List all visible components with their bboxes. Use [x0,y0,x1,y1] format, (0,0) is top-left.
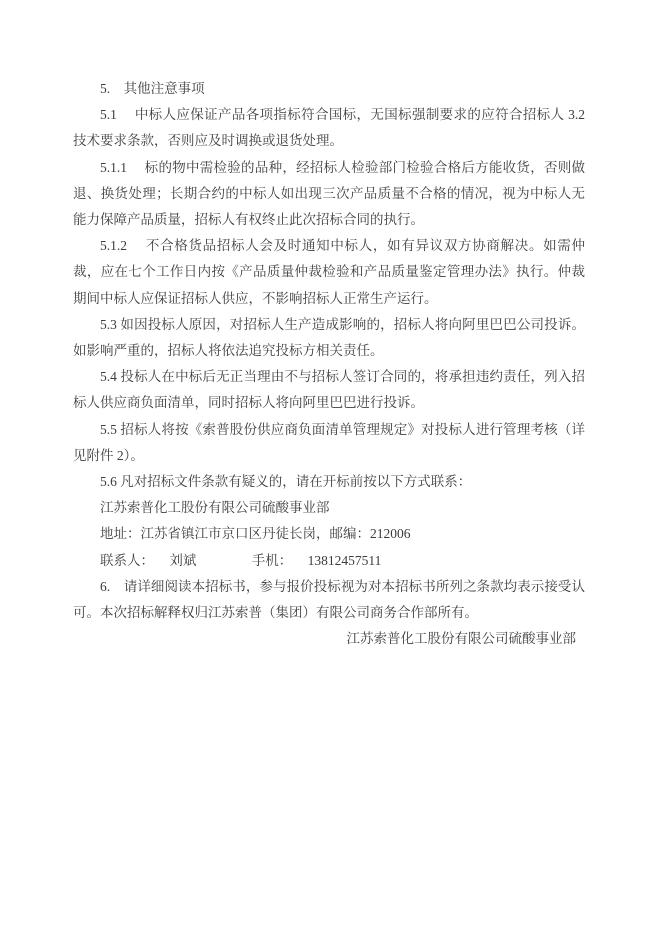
clause-5-1-1: 5.1.1 标的物中需检验的品种，经招标人检验部门检验合格后方能收货，否则做退、… [73,155,585,234]
clause-6: 6. 请详细阅读本招标书，参与报价投标视为对本招标书所列之条款均表示接受认可。本… [73,574,585,626]
clause-5-3: 5.3 如因投标人原因，对招标人生产造成影响的，招标人将向阿里巴巴公司投诉。如影… [73,312,585,364]
contact-address: 地址：江苏省镇江市京口区丹徒长岗，邮编：212006 [73,521,585,547]
clause-5-4: 5.4 投标人在中标后无正当理由不与招标人签订合同的，将承担违约责任，列入招标人… [73,364,585,416]
contact-person-label: 联系人： [100,553,154,568]
contact-phone-number: 13812457511 [308,553,382,568]
clause-5-6: 5.6 凡对招标文件条款有疑义的，请在开标前按以下方式联系： [73,469,585,495]
signature-line: 江苏索普化工股份有限公司硫酸事业部 [73,626,585,652]
clause-5-1-2: 5.1.2 不合格货品招标人会及时通知中标人，如有异议双方协商解决。如需仲裁，应… [73,233,585,312]
contact-company: 江苏索普化工股份有限公司硫酸事业部 [73,495,585,521]
contact-phone-label: 手机： [252,553,293,568]
clause-5-1: 5.1 中标人应保证产品各项指标符合国标，无国标强制要求的应符合招标人 3.2 … [73,102,585,154]
clause-5-5: 5.5 招标人将按《索普股份供应商负面清单管理规定》对投标人进行管理考核（详见附… [73,417,585,469]
document-page: 5. 其他注意事项 5.1 中标人应保证产品各项指标符合国标，无国标强制要求的应… [0,0,662,936]
document-content: 5. 其他注意事项 5.1 中标人应保证产品各项指标符合国标，无国标强制要求的应… [73,76,585,652]
section-5-heading: 5. 其他注意事项 [73,76,585,102]
contact-person-line: 联系人： 刘斌 手机： 13812457511 [73,548,585,574]
contact-person-name: 刘斌 [169,553,196,568]
